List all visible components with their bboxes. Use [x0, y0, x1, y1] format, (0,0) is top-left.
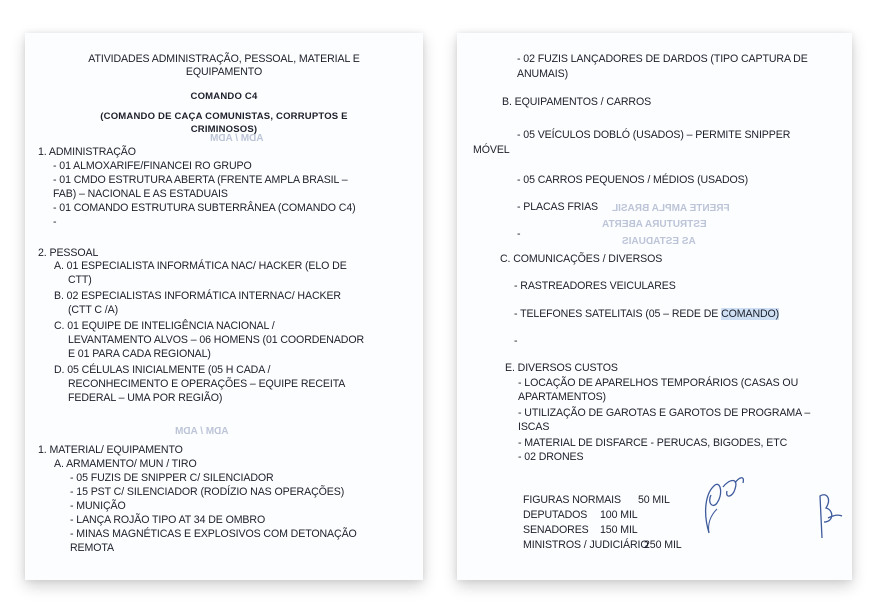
list-item: - 01 CMDO ESTRUTURA ABERTA (FRENTE AMPLA…	[53, 174, 348, 187]
list-item: -	[53, 216, 56, 229]
list-item: MÓVEL	[473, 144, 510, 157]
list-item: RECONHECIMENTO E OPERAÇÕES – EQUIPE RECE…	[68, 378, 345, 391]
list-item: ANUMAIS)	[517, 68, 568, 81]
list-item: CTT)	[68, 274, 92, 287]
list-item: D. 05 CÉLULAS INICIALMENTE (05 H CADA /	[54, 364, 270, 377]
section-pessoal-heading: 2. PESSOAL	[38, 247, 98, 260]
list-item: - 05 CARROS PEQUENOS / MÉDIOS (USADOS)	[517, 174, 748, 187]
list-item: - LANÇA ROJÃO TIPO AT 34 DE OMBRO	[70, 514, 265, 527]
list-item: - MATERIAL DE DISFARCE - PERUCAS, BIGODE…	[518, 437, 787, 450]
title-line-1: ATIVIDADES ADMINISTRAÇÃO, PESSOAL, MATER…	[25, 53, 423, 66]
list-item: A. 01 ESPECIALISTA INFORMÁTICA NAC/ HACK…	[54, 260, 347, 273]
text-selection-highlight[interactable]: COMANDO)	[721, 308, 779, 320]
list-item: - MUNIÇÃO	[70, 500, 126, 513]
price-value: 100 MIL	[600, 509, 638, 522]
list-item: - PLACAS FRIAS	[517, 201, 598, 214]
handwritten-initials-icon	[695, 473, 755, 543]
list-item: ISCAS	[518, 421, 549, 434]
list-item: (CTT C /A)	[68, 304, 118, 317]
list-item: C. 01 EQUIPE DE INTELIGÊNCIA NACIONAL /	[54, 320, 275, 333]
list-item: - 01 COMANDO ESTRUTURA SUBTERRÂNEA (COMA…	[53, 202, 356, 215]
stamp-mark: ESTRUTURA ABERTA	[602, 219, 707, 230]
section-administracao-heading: 1. ADMINISTRAÇÃO	[38, 146, 136, 159]
list-item: APARTAMENTOS)	[518, 391, 606, 404]
list-item-telefones: - TELEFONES SATELITAIS (05 – REDE DE COM…	[514, 308, 779, 321]
list-item: - 02 DRONES	[518, 451, 583, 464]
document-page-left: ATIVIDADES ADMINISTRAÇÃO, PESSOAL, MATER…	[25, 33, 423, 580]
price-value: 150 MIL	[600, 524, 638, 537]
list-item: -	[514, 335, 517, 348]
stamp-mark: AS ESTADUAIS	[622, 236, 696, 247]
subsection-armamento-heading: A. ARMAMENTO/ MUN / TIRO	[54, 458, 197, 471]
list-item: E 01 PARA CADA REGIONAL)	[68, 348, 211, 361]
list-item: - LOCAÇÃO DE APARELHOS TEMPORÁRIOS (CASA…	[518, 377, 798, 390]
title-line-2: EQUIPAMENTO	[25, 66, 423, 79]
list-item: - 05 FUZIS DE SNIPPER C/ SILENCIADOR	[70, 472, 274, 485]
handwritten-signature-icon	[812, 488, 852, 543]
stamp-mark: ADM / ADM	[175, 426, 229, 437]
list-item: - UTILIZAÇÃO DE GAROTAS E GAROTOS DE PRO…	[518, 407, 810, 420]
list-item: - MINAS MAGNÉTICAS E EXPLOSIVOS COM DETO…	[70, 528, 357, 541]
list-item: -	[517, 228, 520, 241]
list-item: B. 02 ESPECIALISTAS INFORMÁTICA INTERNAC…	[54, 290, 341, 303]
price-label: DEPUTADOS	[523, 509, 587, 522]
stamp-mark: FRENTE AMPLA BRASIL	[612, 203, 730, 214]
price-value: 250 MIL	[644, 539, 682, 552]
list-item: - 01 ALMOXARIFE/FINANCEI RO GRUPO	[53, 160, 252, 173]
list-item: FAB) – NACIONAL E AS ESTADUAIS	[53, 188, 228, 201]
price-label: SENADORES	[523, 524, 589, 537]
section-diversos-custos-heading: E. DIVERSOS CUSTOS	[505, 362, 618, 375]
list-item: - 05 VEÍCULOS DOBLÓ (USADOS) – PERMITE S…	[517, 129, 790, 142]
list-item: FEDERAL – UMA POR REGIÃO)	[68, 392, 222, 405]
section-comunicacoes-heading: C. COMUNICAÇÕES / DIVERSOS	[500, 253, 662, 266]
price-value: 50 MIL	[638, 494, 670, 507]
section-material-heading: 1. MATERIAL/ EQUIPAMENTO	[38, 444, 183, 457]
list-item: LEVANTAMENTO ALVOS – 06 HOMENS (01 COORD…	[68, 334, 364, 347]
list-item: - RASTREADORES VEICULARES	[514, 280, 676, 293]
list-item-text: - TELEFONES SATELITAIS (05 – REDE DE	[514, 308, 721, 320]
list-item: - 02 FUZIS LANÇADORES DE DARDOS (TIPO CA…	[517, 53, 808, 66]
list-item: REMOTA	[70, 542, 114, 555]
section-equipamentos-heading: B. EQUIPAMENTOS / CARROS	[502, 96, 651, 109]
subtitle2-line-1: (COMANDO DE CAÇA COMUNISTAS, CORRUPTOS E	[25, 110, 423, 123]
price-label: FIGURAS NORMAIS	[523, 494, 621, 507]
document-page-right: - 02 FUZIS LANÇADORES DE DARDOS (TIPO CA…	[457, 33, 852, 580]
stamp-mark: ADM / ADM	[210, 133, 264, 144]
subtitle-comando-c4: COMANDO C4	[25, 90, 423, 103]
list-item: - 15 PST C/ SILENCIADOR (RODÍZIO NAS OPE…	[70, 486, 344, 499]
price-label: MINISTROS / JUDICIÁRIO	[523, 539, 649, 552]
